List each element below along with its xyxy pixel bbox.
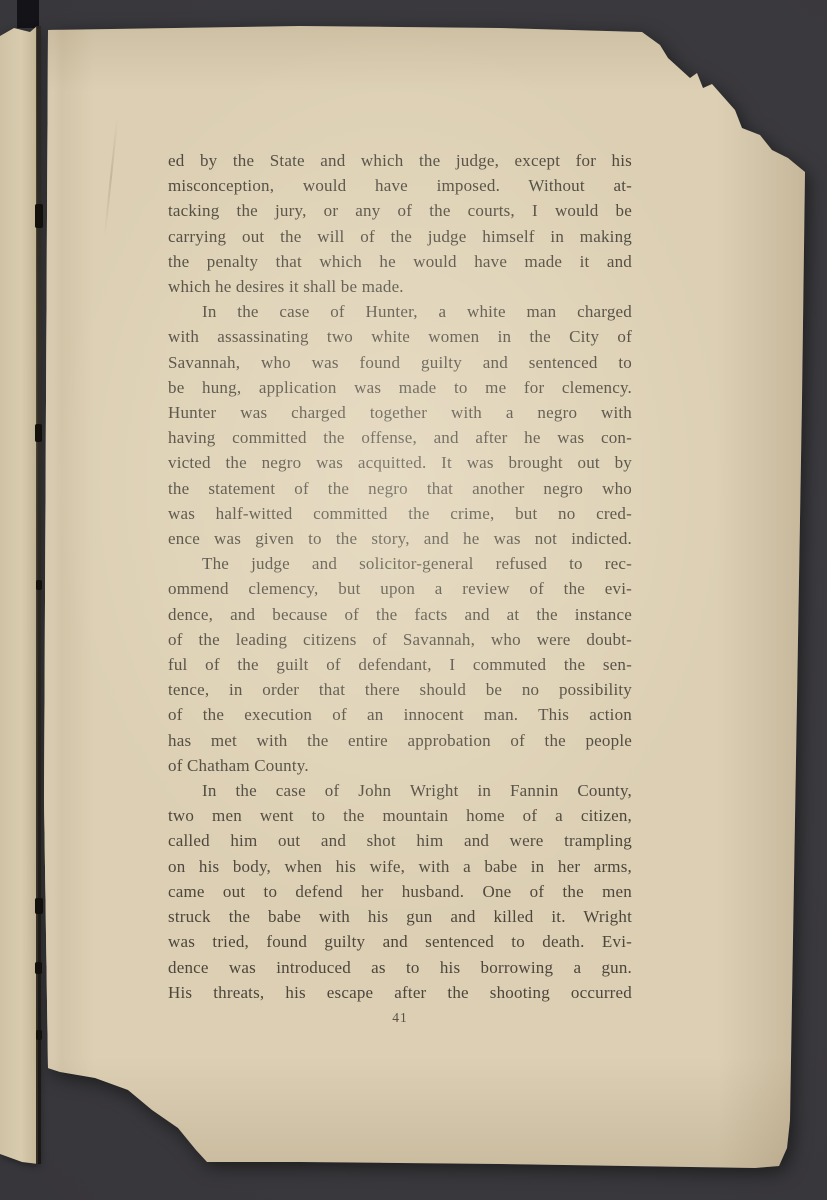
text-line: was half-witted committed the crime, but… [168,501,632,526]
text-line: dence, and because of the facts and at t… [168,602,632,627]
text-line: the penalty that which he would have mad… [168,249,632,274]
text-line: on his body, when his wife, with a babe … [168,854,632,879]
paragraph: In the case of John Wright in Fannin Cou… [168,778,632,1005]
text-line: which he desires it shall be made. [168,274,632,299]
text-line: In the case of Hunter, a white man charg… [168,299,632,324]
text-line: came out to defend her husband. One of t… [168,879,632,904]
text-line: has met with the entire approbation of t… [168,728,632,753]
binding-stitch-mark [35,424,42,442]
text-line: struck the babe with his gun and killed … [168,904,632,929]
paper-crease [104,117,119,237]
paragraph: ed by the State and which the judge, exc… [168,148,632,299]
text-line: ommend clemency, but upon a review of th… [168,576,632,601]
binding-stitch-mark [35,898,43,914]
text-line: ence was given to the story, and he was … [168,526,632,551]
text-line: tence, in order that there should be no … [168,677,632,702]
binding-stitch-mark [35,962,42,974]
text-line: tacking the jury, or any of the courts, … [168,198,632,223]
text-line: of Chatham County. [168,753,632,778]
scanned-book-photo: ed by the State and which the judge, exc… [0,0,827,1200]
text-line: two men went to the mountain home of a c… [168,803,632,828]
text-line: victed the negro was acquitted. It was b… [168,450,632,475]
text-line: was tried, found guilty and sentenced to… [168,929,632,954]
adjacent-page-wrap [0,0,38,1166]
page-number: 41 [168,1010,632,1026]
text-line: with assassinating two white women in th… [168,324,632,349]
binding-stitch-mark [35,204,43,228]
text-line: called him out and shot him and were tra… [168,828,632,853]
text-line: misconception, would have imposed. Witho… [168,173,632,198]
book-page: ed by the State and which the judge, exc… [40,22,810,1172]
text-line: ed by the State and which the judge, exc… [168,148,632,173]
paragraph: In the case of Hunter, a white man charg… [168,299,632,551]
text-line: ful of the guilt of defendant, I commute… [168,652,632,677]
text-line: dence was introduced as to his borrowing… [168,955,632,980]
text-line: carrying out the will of the judge himse… [168,224,632,249]
text-line: Hunter was charged together with a negro… [168,400,632,425]
text-line: having committed the offense, and after … [168,425,632,450]
text-line: In the case of John Wright in Fannin Cou… [168,778,632,803]
text-line: of the leading citizens of Savannah, who… [168,627,632,652]
binding-stitch-mark [36,580,42,590]
text-line: Savannah, who was found guilty and sente… [168,350,632,375]
text-line: the statement of the negro that another … [168,476,632,501]
text-line: of the execution of an innocent man. Thi… [168,702,632,727]
binding-stitch-mark [36,1030,42,1040]
adjacent-page-edge [0,24,38,1166]
torn-binding-strip [40,22,62,1172]
text-line: The judge and solicitor-general refused … [168,551,632,576]
binding-gap [36,26,41,1164]
paragraph: The judge and solicitor-general refused … [168,551,632,778]
text-line: His threats, his escape after the shooti… [168,980,632,1005]
page-text: ed by the State and which the judge, exc… [168,148,632,1005]
text-line: be hung, application was made to me for … [168,375,632,400]
